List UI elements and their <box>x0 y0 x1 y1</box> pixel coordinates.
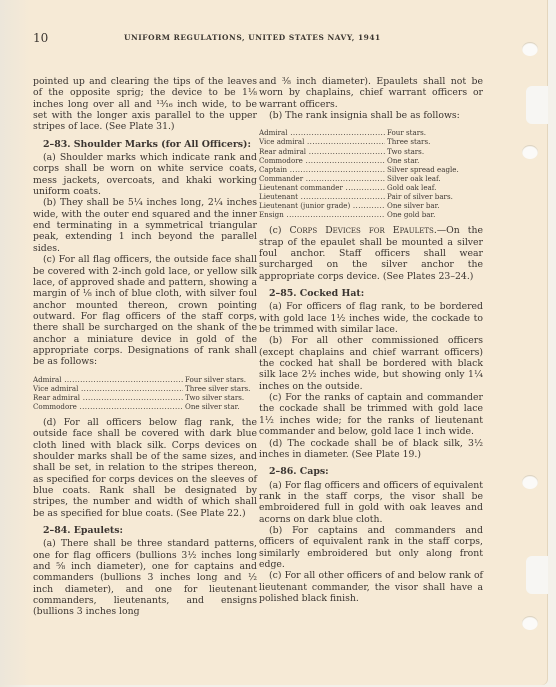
rank-designation: Three silver stars. <box>183 384 257 393</box>
paragraph-2-84-c: (c) Corps Devices for Epaulets.—On the s… <box>259 225 483 282</box>
rank-designation: Three stars. <box>385 137 483 146</box>
scan-shadow <box>0 0 30 687</box>
rank-row: LieutenantPair of silver bars. <box>259 192 483 201</box>
running-head: 10 UNIFORM REGULATIONS, UNITED STATES NA… <box>33 33 503 47</box>
rank-row: AdmiralFour silver stars. <box>33 375 257 384</box>
section-heading-2-86: 2–86. Caps: <box>259 466 483 477</box>
rank-designation: One silver star. <box>183 402 257 411</box>
paragraph-2-83-b: (b) They shall be 5¼ inches long, 2¼ inc… <box>33 197 257 254</box>
rank-name: Rear admiral <box>259 147 385 156</box>
flag-rank-table: AdmiralFour silver stars.Vice admiralThr… <box>33 375 257 411</box>
paragraph-2-84-a-continued: and ⅜ inch diameter). Epaulets shall not… <box>259 76 483 110</box>
section-heading-2-84: 2–84. Epaulets: <box>33 525 257 536</box>
rank-designation: One silver bar. <box>385 201 483 210</box>
rank-row: CommanderSilver oak leaf. <box>259 174 483 183</box>
paragraph-2-86-b: (b) For captains and commanders and offi… <box>259 525 483 570</box>
paragraph-2-85-d: (d) The cockade shall be of black silk, … <box>259 438 483 461</box>
paragraph-title: Corps Devices for Epaulets. <box>290 225 437 236</box>
paragraph-2-85-a: (a) For officers of flag rank, to be bor… <box>259 301 483 335</box>
paragraph-2-83-d: (d) For all officers below flag rank, th… <box>33 417 257 519</box>
rank-name: Vice admiral <box>33 384 183 393</box>
left-column: pointed up and clearing the tips of the … <box>33 76 257 618</box>
section-heading-2-85: 2–85. Cocked Hat: <box>259 288 483 299</box>
rank-row: CaptainSilver spread eagle. <box>259 165 483 174</box>
page-tab-notch <box>526 556 548 594</box>
document-page: 10 UNIFORM REGULATIONS, UNITED STATES NA… <box>0 0 548 685</box>
paragraph-2-86-a: (a) For flag officers and officers of eq… <box>259 480 483 525</box>
rank-row: Vice admiralThree stars. <box>259 137 483 146</box>
binder-hole-icon <box>522 145 538 159</box>
section-heading-2-83: 2–83. Shoulder Marks (for All Officers): <box>33 139 257 150</box>
continuation-paragraph: pointed up and clearing the tips of the … <box>33 76 257 133</box>
rank-name: Vice admiral <box>259 137 385 146</box>
rank-row: CommodoreOne silver star. <box>33 402 257 411</box>
rank-row: AdmiralFour stars. <box>259 128 483 137</box>
paragraph-2-85-b: (b) For all other commissioned officers … <box>259 335 483 392</box>
rank-name: Commodore <box>259 156 385 165</box>
rank-name: Admiral <box>259 128 385 137</box>
rank-name: Ensign <box>259 210 385 219</box>
rank-row: Rear admiralTwo stars. <box>259 147 483 156</box>
rank-row: Rear admiralTwo silver stars. <box>33 393 257 402</box>
rank-row: Lieutenant commanderGold oak leaf. <box>259 183 483 192</box>
paragraph-2-85-c: (c) For the ranks of captain and command… <box>259 392 483 437</box>
epaulet-rank-table: AdmiralFour stars.Vice admiralThree star… <box>259 128 483 219</box>
right-column: and ⅜ inch diameter). Epaulets shall not… <box>259 76 483 604</box>
page-tab-notch <box>526 86 548 124</box>
paragraph-2-86-c: (c) For all other officers of and below … <box>259 570 483 604</box>
rank-designation: One star. <box>385 156 483 165</box>
binder-hole-icon <box>522 42 538 56</box>
rank-designation: Silver spread eagle. <box>385 165 483 174</box>
rank-designation: Four silver stars. <box>183 375 257 384</box>
rank-designation: Four stars. <box>385 128 483 137</box>
rank-name: Admiral <box>33 375 183 384</box>
rank-row: EnsignOne gold bar. <box>259 210 483 219</box>
rank-name: Commodore <box>33 402 183 411</box>
binder-hole-icon <box>522 616 538 630</box>
rank-name: Commander <box>259 174 385 183</box>
rank-designation: One gold bar. <box>385 210 483 219</box>
rank-designation: Gold oak leaf. <box>385 183 483 192</box>
rank-row: Lieutenant (junior grade)One silver bar. <box>259 201 483 210</box>
paragraph-2-83-c: (c) For all flag officers, the outside f… <box>33 254 257 367</box>
rank-name: Lieutenant commander <box>259 183 385 192</box>
rank-name: Lieutenant <box>259 192 385 201</box>
page-number: 10 <box>33 31 48 45</box>
rank-row: CommodoreOne star. <box>259 156 483 165</box>
paragraph-label: (c) <box>269 225 290 236</box>
rank-row: Vice admiralThree silver stars. <box>33 384 257 393</box>
rank-name: Captain <box>259 165 385 174</box>
paragraph-2-83-a: (a) Shoulder marks which indicate rank a… <box>33 152 257 197</box>
rank-name: Rear admiral <box>33 393 183 402</box>
rank-designation: Two silver stars. <box>183 393 257 402</box>
rank-designation: Pair of silver bars. <box>385 192 483 201</box>
rank-name: Lieutenant (junior grade) <box>259 201 385 210</box>
running-title: UNIFORM REGULATIONS, UNITED STATES NAVY,… <box>124 33 381 42</box>
binder-hole-icon <box>522 475 538 489</box>
rank-designation: Two stars. <box>385 147 483 156</box>
paragraph-2-84-a: (a) There shall be three standard patter… <box>33 538 257 617</box>
paragraph-2-84-b: (b) The rank insignia shall be as follow… <box>259 110 483 121</box>
rank-designation: Silver oak leaf. <box>385 174 483 183</box>
